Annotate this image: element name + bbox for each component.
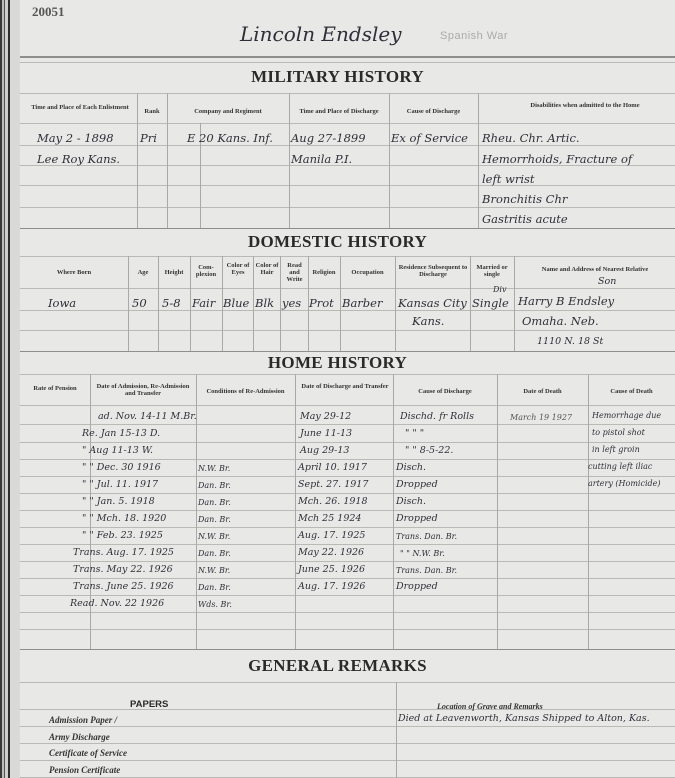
divider [20,310,675,311]
col-header-readmission-conditions: Conditions of Re-Admission [196,388,295,395]
row-2-admission: Re. Jan 15-13 D. [82,428,160,439]
divider [20,629,675,630]
col-header-nearest-relative: Name and Address of Nearest Relative [520,266,670,273]
document-number: 20051 [32,4,65,20]
row-12-condition: Wds. Br. [198,600,232,609]
row-11-condition: Dan. Br. [198,583,231,592]
row-11-cause: Dropped [396,581,438,592]
col-divider [393,374,394,649]
grave-remarks: Died at Leavenworth, Kansas Shipped to A… [398,713,650,724]
paper-pension-certificate: Pension Certificate [49,765,120,775]
discharge-date: Aug 27-1899 [291,131,366,145]
relative-street: 1110 N. 18 St [537,336,603,347]
marital-note: Div [493,285,507,294]
row-7-admission: " " Mch. 18. 1920 [82,513,166,524]
row-3-admission: " Aug 11-13 W. [82,445,153,456]
divider [20,145,675,146]
age: 50 [132,296,147,310]
row-6-discharge: Mch. 26. 1918 [298,496,368,507]
relative-city: Omaha. Neb. [522,314,599,328]
row-8-condition: N.W. Br. [198,532,230,541]
col-header-disabilities: Disabilities when admitted to the Home [520,102,650,109]
col-header-death-cause: Cause of Death [588,388,675,395]
row-9-condition: Dan. Br. [198,549,231,558]
divider [20,351,675,352]
disability-3: left wrist [482,172,535,186]
col-divider [478,93,479,228]
divider [20,93,675,94]
col-divider [396,682,397,778]
col-header-where-born: Where Born [20,269,128,276]
residence-line2: Kans. [412,314,444,328]
divider [20,476,675,477]
where-born: Iowa [48,296,76,310]
divider [20,207,675,208]
relative-relation: Son [598,276,616,287]
row-7-condition: Dan. Br. [198,515,231,524]
row-9-cause: " " N.W. Br. [400,549,445,558]
col-divider [253,256,254,351]
row-5-condition: Dan. Br. [198,481,231,490]
divider [20,374,675,375]
col-divider [295,374,296,649]
col-divider [395,256,396,351]
divider [20,405,675,406]
col-divider [588,374,589,649]
row-5-admission: " " Jul. 11. 1917 [82,479,158,490]
row-4-cause: Disch. [396,462,426,473]
complexion: Fair [192,296,215,310]
divider [20,743,675,744]
col-header-discharge-date: Date of Discharge and Transfer [300,383,390,390]
divider [20,228,675,229]
row-6-admission: " " Jan. 5. 1918 [82,496,155,507]
divider [20,682,675,683]
military-history-title: MILITARY HISTORY [0,67,675,87]
col-divider [497,374,498,649]
home-history-title: HOME HISTORY [0,353,675,373]
row-5-discharge: Sept. 27. 1917 [298,479,368,490]
death-cause-1: Hemorrhage due [592,411,661,420]
row-8-cause: Trans. Dan. Br. [396,532,457,541]
company-regiment: E 20 Kans. Inf. [187,131,273,145]
row-7-discharge: Mch 25 1924 [298,513,361,524]
occupation: Barber [342,296,382,310]
divider [20,185,675,186]
col-header-read-write: Read and Write [282,262,307,283]
row-9-admission: Trans. Aug. 17. 1925 [73,547,174,558]
col-header-admission-date: Date of Admission, Re-Admission and Tran… [92,383,194,397]
death-cause-2: to pistol shot [592,428,645,437]
divider [20,256,675,257]
grave-heading: Location of Grave and Remarks [437,702,543,711]
divider [20,62,675,63]
col-header-height: Height [158,269,190,276]
divider [20,510,675,511]
row-1-admission: ad. Nov. 14-11 M.Br. [98,411,197,422]
register-page: 20051 Lincoln Endsley Spanish War MILITA… [0,0,675,778]
row-10-discharge: June 25. 1926 [298,564,365,575]
row-3-cause: " " 8-5-22. [405,445,453,456]
row-11-discharge: Aug. 17. 1926 [298,581,365,592]
row-10-condition: N.W. Br. [198,566,230,575]
col-header-discharge-time: Time and Place of Discharge [289,108,389,115]
row-1-cause: Dischd. fr Rolls [400,411,474,422]
divider [20,288,675,289]
row-12-admission: Read. Nov. 22 1926 [70,598,164,609]
row-11-admission: Trans. June 25. 1926 [73,581,174,592]
date-of-death: March 19 1927 [510,413,572,422]
eye-color: Blue [223,296,249,310]
col-header-complexion: Com-plexion [192,264,220,278]
divider [20,330,675,331]
col-divider [190,256,191,351]
divider [20,649,675,650]
divider [20,544,675,545]
col-header-eyes: Color of Eyes [224,262,252,276]
col-header-company: Company and Regiment [167,108,289,115]
divider [20,612,675,613]
col-divider [514,256,515,351]
religion: Prot [309,296,334,310]
disability-4: Bronchitis Chr [482,192,567,206]
row-4-condition: N.W. Br. [198,464,230,473]
disability-1: Rheu. Chr. Artic. [482,131,580,145]
col-header-discharge-cause: Cause of Discharge [393,388,497,395]
col-header-rank: Rank [137,108,167,115]
row-3-discharge: Aug 29-13 [300,445,349,456]
paper-admission: Admission Paper / [49,715,117,725]
enlistment-date: May 2 - 1898 [37,131,114,145]
col-header-residence: Residence Subsequent to Discharge [397,264,469,278]
row-10-cause: Trans. Dan. Br. [396,566,457,575]
col-divider [470,256,471,351]
col-divider [280,256,281,351]
height: 5-8 [162,296,181,310]
domestic-history-title: DOMESTIC HISTORY [0,232,675,252]
row-4-discharge: April 10. 1917 [298,462,367,473]
col-header-religion: Religion [308,269,340,276]
divider [20,56,675,58]
relative-name: Harry B Endsley [518,294,614,308]
col-header-discharge-cause: Cause of Discharge [389,108,478,115]
disability-2: Hemorrhoids, Fracture of [482,152,632,166]
row-7-cause: Dropped [396,513,438,524]
disability-5: Gastritis acute [482,212,568,226]
col-header-age: Age [128,269,158,276]
divider [20,709,675,710]
row-4-admission: " " Dec. 30 1916 [82,462,161,473]
divider [20,442,675,443]
papers-heading: PAPERS [130,699,168,710]
marital-status: Single [472,296,509,310]
general-remarks-title: GENERAL REMARKS [0,656,675,676]
row-9-discharge: May 22. 1926 [298,547,364,558]
row-2-cause: " " " [405,428,424,439]
divider [20,459,675,460]
war-stamp: Spanish War [440,30,508,42]
row-1-discharge: May 29-12 [300,411,351,422]
row-8-admission: " " Feb. 23. 1925 [82,530,163,541]
row-10-admission: Trans. May 22. 1926 [73,564,173,575]
col-header-marital: Married or single [472,264,512,278]
divider [20,527,675,528]
row-6-condition: Dan. Br. [198,498,231,507]
member-name: Lincoln Endsley [240,22,402,46]
enlistment-place: Lee Roy Kans. [37,152,120,166]
col-header-pension-rate: Rate of Pension [25,385,85,392]
row-8-discharge: Aug. 17. 1925 [298,530,365,541]
discharge-cause: Ex of Service [391,131,468,145]
row-2-discharge: June 11-13 [300,428,352,439]
col-header-hair: Color of Hair [255,262,279,276]
paper-army-discharge: Army Discharge [49,732,110,742]
divider [20,726,675,727]
discharge-place: Manila P.I. [291,152,352,166]
divider [20,595,675,596]
death-cause-4: cutting left iliac [588,462,652,471]
read-write: yes [282,296,301,310]
paper-certificate-service: Certificate of Service [49,748,127,758]
rank: Pri [140,131,157,145]
divider [20,760,675,761]
row-6-cause: Disch. [396,496,426,507]
col-header-occupation: Occupation [340,269,395,276]
col-header-enlistment: Time and Place of Each Enlistment [30,104,130,111]
row-5-cause: Dropped [396,479,438,490]
hair-color: Blk [255,296,274,310]
death-cause-3: in left groin [592,445,640,454]
divider [20,424,675,425]
death-cause-5: artery (Homicide) [588,479,661,488]
divider [20,578,675,579]
divider [20,493,675,494]
divider [20,123,675,124]
residence-line1: Kansas City [398,296,467,310]
divider [20,561,675,562]
col-header-death-date: Date of Death [497,388,588,395]
